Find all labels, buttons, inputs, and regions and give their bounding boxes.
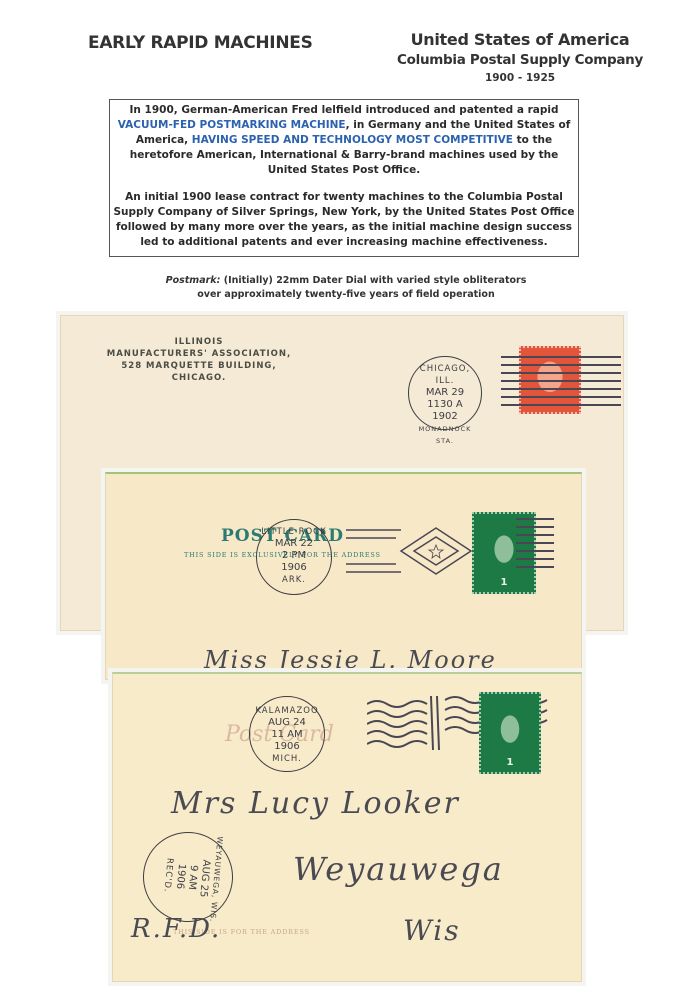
postmark-state: MICH. xyxy=(250,753,324,765)
highlight-text: VACUUM-FED POSTMARKING MACHINE xyxy=(118,119,346,131)
postmark-label: Postmark: xyxy=(166,275,221,286)
diamond-star-obliterator-icon xyxy=(346,524,476,584)
receiving-mark-cds: WEYAUWEGA, WIS. AUG 25 9 AM 1906 REC'D. xyxy=(139,828,237,926)
period-heading: 1900 - 1925 xyxy=(390,72,650,84)
postmark-station: MONADNOCK STA. xyxy=(409,423,481,447)
postmark-date: MAR 22 xyxy=(257,538,331,550)
postmark-town: CHICAGO, ILL. xyxy=(409,363,481,387)
corner-card: ILLINOIS MANUFACTURERS' ASSOCIATION, 528… xyxy=(89,336,309,384)
postmark-cds: KALAMAZOO AUG 24 11 AM 1906 MICH. xyxy=(249,696,325,772)
country-heading: United States of America xyxy=(390,30,650,49)
corner-card-line: ILLINOIS xyxy=(89,336,309,348)
handwritten-address: Miss Jessie L. Moore xyxy=(204,646,497,674)
obliterator-bars xyxy=(501,356,621,412)
postmark-time: 1130 A xyxy=(409,399,481,411)
postmark-state: ARK. xyxy=(257,574,331,586)
cover-postcard-1906-little-rock: POST CARD THIS SIDE IS EXCLUSIVELY FOR T… xyxy=(105,472,582,680)
postmark-time: 11 AM xyxy=(250,729,324,741)
corner-card-line: CHICAGO. xyxy=(89,372,309,384)
stamp-value: 1 xyxy=(474,577,534,588)
postmark-note: Postmark: (Initially) 22mm Dater Dial wi… xyxy=(100,274,592,302)
info-paragraph-1: In 1900, German-American Fred lelfield i… xyxy=(110,103,578,178)
postmark-year: 1906 xyxy=(257,562,331,574)
handwritten-annotation: R.F.D. xyxy=(131,914,221,944)
exhibit-title: EARLY RAPID MACHINES xyxy=(88,33,313,53)
postmark-town: LITTLE ROCK xyxy=(257,526,331,538)
postmark-year: 1902 xyxy=(409,411,481,423)
exhibit-header-right: United States of America Columbia Postal… xyxy=(390,30,650,84)
postmark-town: KALAMAZOO xyxy=(250,705,324,717)
cover-postcard-1906-kalamazoo: Post Card KALAMAZOO AUG 24 11 AM 1906 MI… xyxy=(112,672,582,982)
postmark-date: MAR 29 xyxy=(409,387,481,399)
postmark-note-line: (Initially) 22mm Dater Dial with varied … xyxy=(220,275,526,286)
company-heading: Columbia Postal Supply Company xyxy=(390,52,650,68)
corner-card-line: 528 MARQUETTE BUILDING, xyxy=(89,360,309,372)
handwritten-address-name: Mrs Lucy Looker xyxy=(171,786,460,821)
info-text: In 1900, German-American Fred lelfield i… xyxy=(130,104,559,116)
obliterator-bars xyxy=(516,518,554,574)
postmark-note-line: over approximately twenty-five years of … xyxy=(197,289,494,300)
postmark-year: 1906 xyxy=(250,741,324,753)
stamp-value: 1 xyxy=(481,757,539,768)
postmark-date: AUG 24 xyxy=(250,717,324,729)
postmark-cds: CHICAGO, ILL. MAR 29 1130 A 1902 MONADNO… xyxy=(408,356,482,430)
info-paragraph-2: An initial 1900 lease contract for twent… xyxy=(110,190,578,250)
corner-card-line: MANUFACTURERS' ASSOCIATION, xyxy=(89,348,309,360)
handwritten-address-state: Wis xyxy=(403,914,461,947)
postmark-cds: LITTLE ROCK MAR 22 2 PM 1906 ARK. xyxy=(256,519,332,595)
handwritten-address-town: Weyauwega xyxy=(293,850,504,888)
postmark-time: 2 PM xyxy=(257,550,331,562)
franklin-stamp-icon: 1 xyxy=(479,692,541,774)
highlight-text: HAVING SPEED AND TECHNOLOGY MOST COMPETI… xyxy=(192,134,513,146)
info-box: In 1900, German-American Fred lelfield i… xyxy=(109,99,579,257)
